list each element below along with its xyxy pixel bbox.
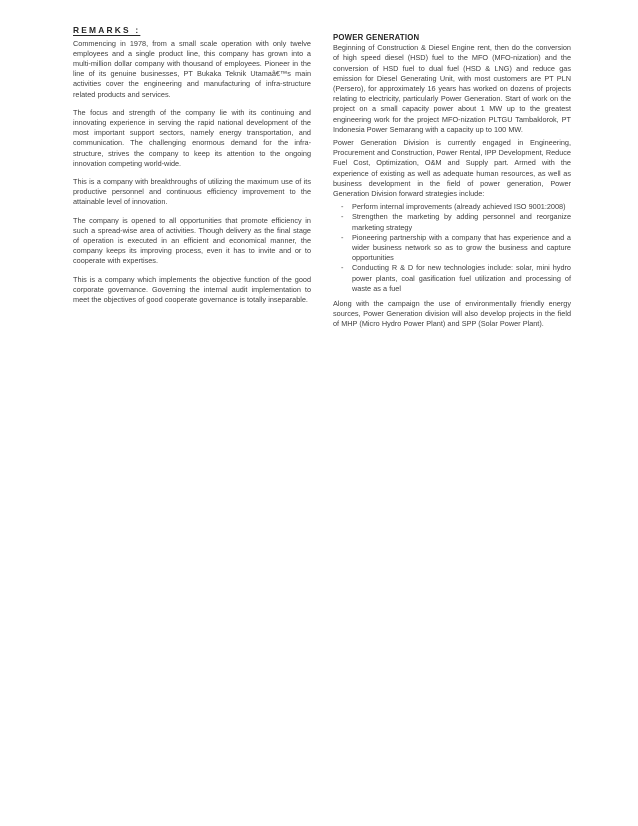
remarks-paragraph-1: Commencing in 1978, from a small scale o… <box>73 39 311 100</box>
bullet-item: - Pioneering partnership with a company … <box>333 233 571 264</box>
remarks-paragraph-3: This is a company with breakthroughs of … <box>73 177 311 208</box>
bullet-marker: - <box>333 263 352 294</box>
bullet-item: - Strengthen the marketing by adding per… <box>333 212 571 232</box>
power-generation-paragraph-2: Power Generation Division is currently e… <box>333 138 571 199</box>
bullet-text: Conducting R & D for new technologies in… <box>352 263 571 294</box>
remarks-heading: REMARKS : <box>73 25 311 35</box>
remarks-paragraph-5: This is a company which implements the o… <box>73 275 311 306</box>
bullet-marker: - <box>333 233 352 264</box>
power-generation-paragraph-1: Beginning of Construction & Diesel Engin… <box>333 43 571 135</box>
power-generation-heading: POWER GENERATION <box>333 33 571 43</box>
bullet-item: - Conducting R & D for new technologies … <box>333 263 571 294</box>
remarks-column: REMARKS : Commencing in 1978, from a sma… <box>73 25 311 313</box>
document-page: REMARKS : Commencing in 1978, from a sma… <box>0 0 638 826</box>
bullet-item: - Perform internal improvements (already… <box>333 202 571 212</box>
bullet-text: Strengthen the marketing by adding perso… <box>352 212 571 232</box>
power-generation-column: POWER GENERATION Beginning of Constructi… <box>333 33 571 333</box>
closing-paragraph: Along with the campaign the use of envir… <box>333 299 571 330</box>
strategy-bullet-list: - Perform internal improvements (already… <box>333 202 571 294</box>
remarks-paragraph-2: The focus and strength of the company li… <box>73 108 311 169</box>
bullet-text: Pioneering partnership with a company th… <box>352 233 571 264</box>
bullet-text: Perform internal improvements (already a… <box>352 202 571 212</box>
bullet-marker: - <box>333 212 352 232</box>
bullet-marker: - <box>333 202 352 212</box>
remarks-paragraph-4: The company is opened to all opportuniti… <box>73 216 311 267</box>
